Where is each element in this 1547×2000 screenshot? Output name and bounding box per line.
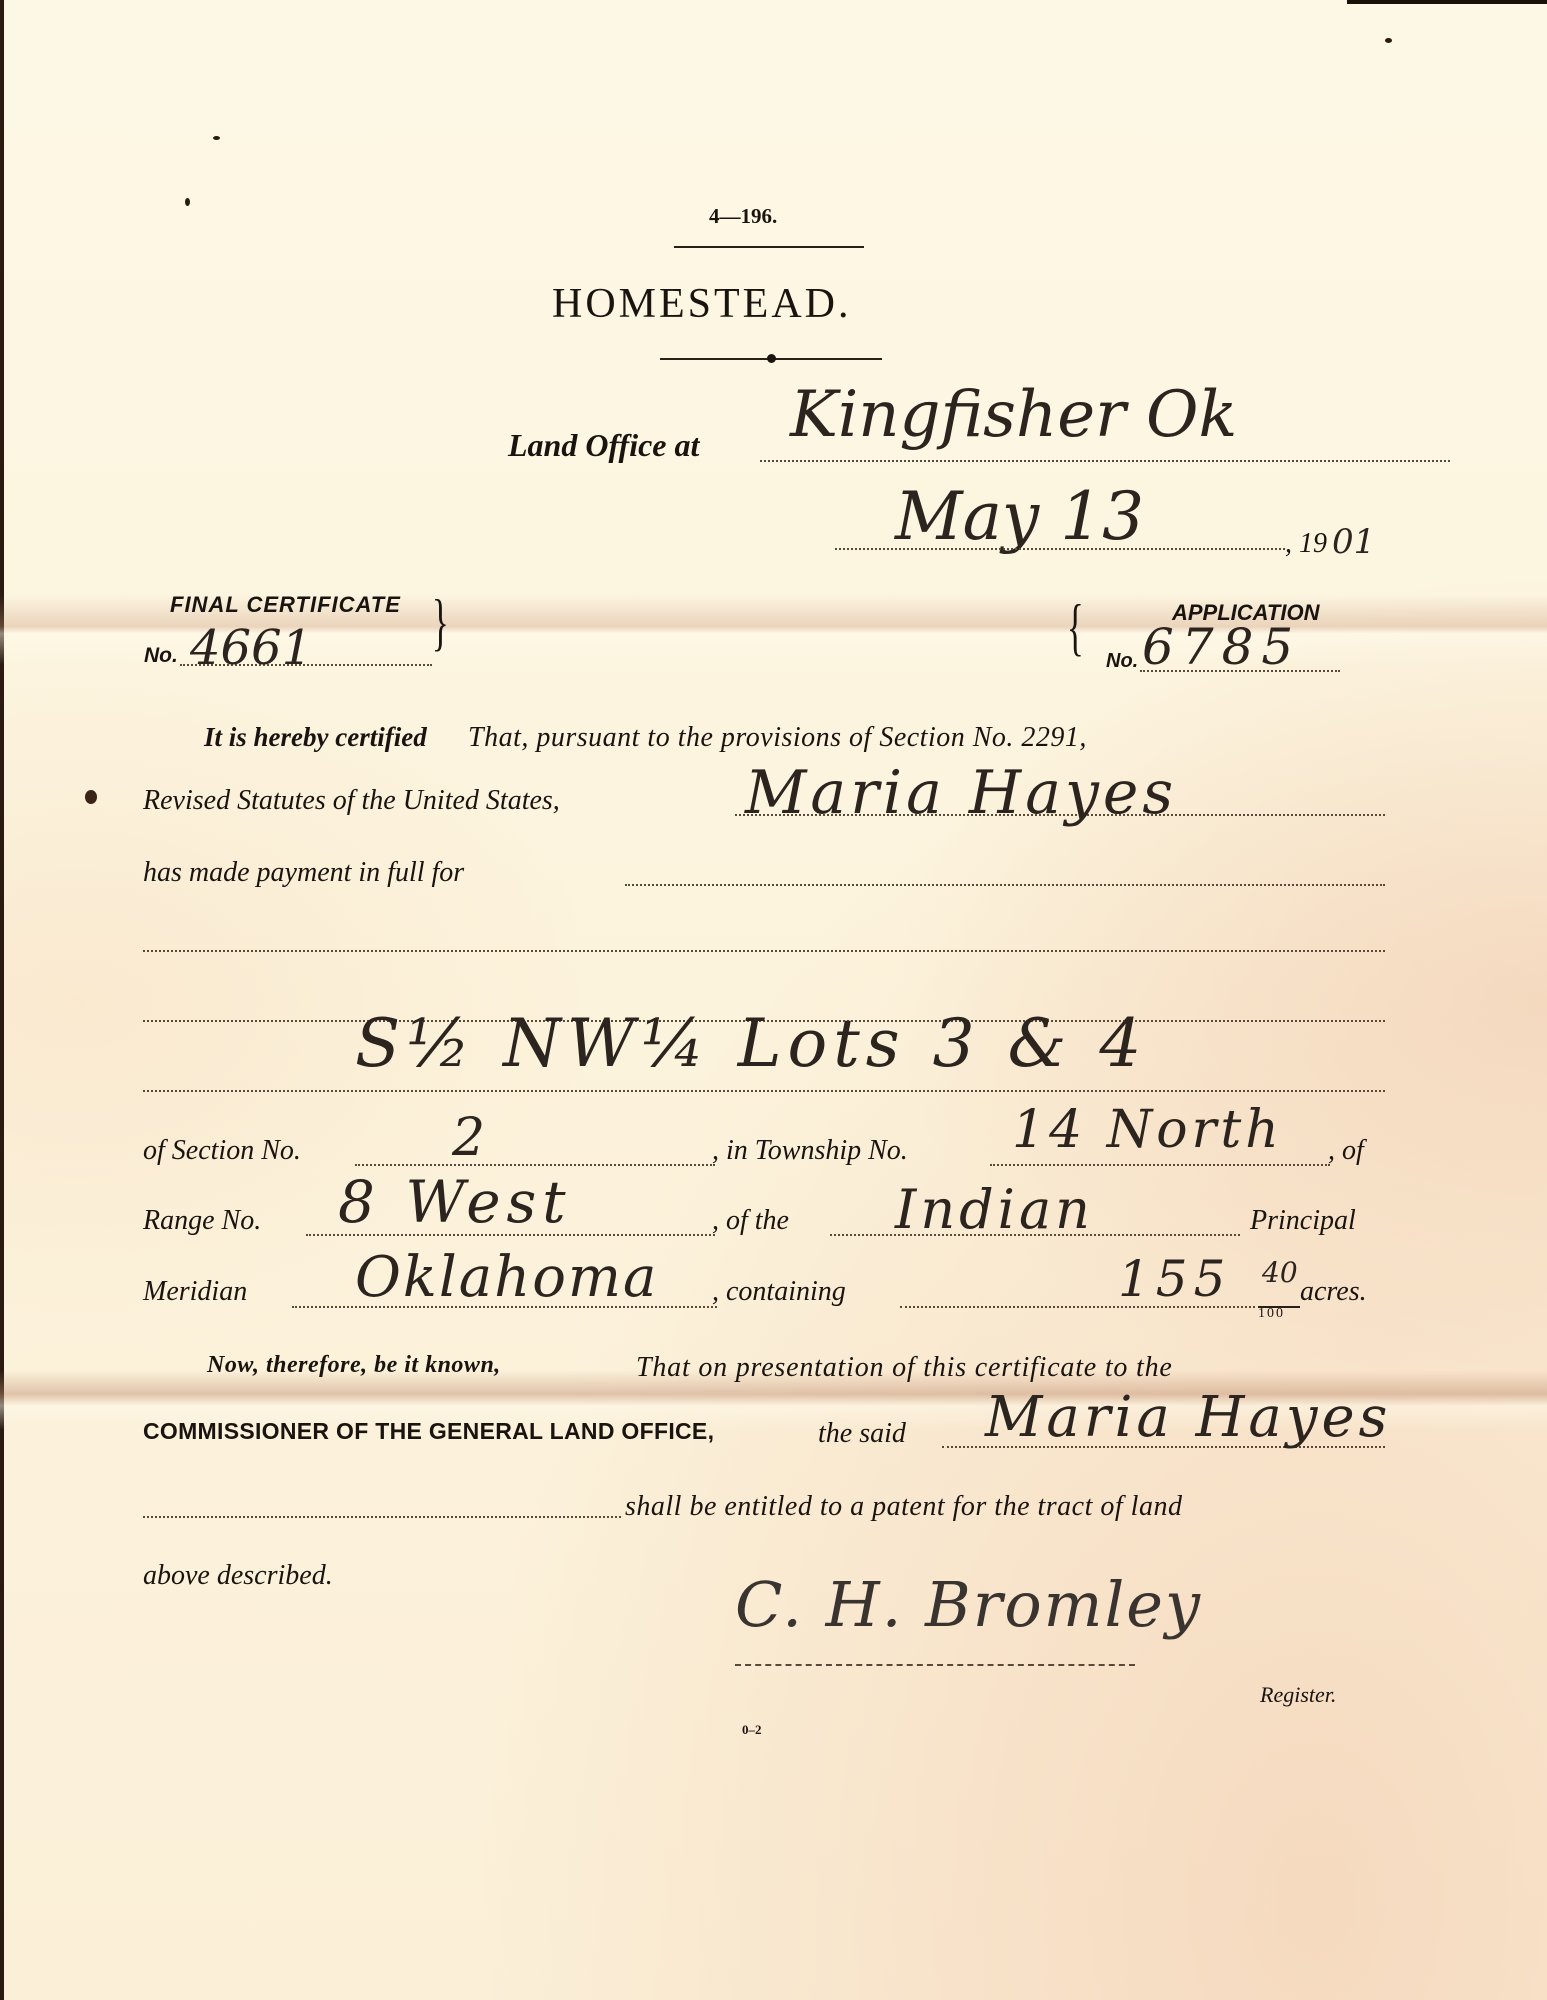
description-line-1 — [143, 950, 1385, 952]
section-value: 2 — [452, 1108, 485, 1168]
section-line — [355, 1164, 715, 1166]
principal-label: Principal — [1250, 1205, 1356, 1237]
final-certificate-no-label: No. — [144, 644, 178, 668]
date-line — [835, 548, 1285, 550]
claimant-name: Maria Hayes — [745, 758, 1177, 828]
left-brace: { — [1067, 595, 1084, 659]
acres-fraction-numerator: 40 — [1262, 1256, 1298, 1289]
signature-line — [735, 1664, 1135, 1666]
the-said-label: the said — [818, 1418, 906, 1450]
range-value: 8 West — [338, 1168, 572, 1236]
footer-code: 0–2 — [742, 1722, 762, 1738]
conclusion-claimant-name: Maria Hayes — [985, 1385, 1391, 1450]
containing-label: , containing — [712, 1276, 846, 1308]
acres-fraction-denominator: 100 — [1258, 1306, 1285, 1322]
application-no-label: No. — [1106, 650, 1138, 673]
conclusion-text1: That on presentation of this certificate… — [636, 1352, 1173, 1384]
scan-edge-left — [0, 0, 4, 2000]
commissioner-label: COMMISSIONER OF THE GENERAL LAND OFFICE, — [143, 1418, 714, 1445]
register-signature: C. H. Bromley — [735, 1568, 1202, 1641]
range-label: Range No. — [143, 1205, 261, 1237]
certification-lead: It is hereby certified — [204, 722, 427, 753]
meridian-value: Oklahoma — [355, 1245, 658, 1310]
township-value: 14 North — [1012, 1100, 1283, 1160]
ink-speck — [1385, 38, 1392, 43]
final-certificate-number: 4661 — [190, 620, 312, 676]
conclusion-text2: shall be entitled to a patent for the tr… — [625, 1491, 1182, 1523]
township-label: , in Township No. — [712, 1135, 908, 1167]
form-number: 4—196. — [709, 204, 777, 229]
of-the-label: , of the — [712, 1205, 789, 1237]
conclusion-text3: above described. — [143, 1560, 333, 1592]
date-month-day: May 13 — [895, 478, 1144, 555]
principal-value: Indian — [895, 1178, 1094, 1241]
register-title: Register. — [1260, 1682, 1336, 1708]
application-number: 6785 — [1142, 618, 1301, 676]
section-label: of Section No. — [143, 1135, 301, 1167]
ink-speck — [213, 136, 220, 140]
ink-speck — [185, 198, 190, 206]
land-description: S½ NW¼ Lots 3 & 4 — [355, 1005, 1147, 1082]
certification-text2: Revised Statutes of the United States, — [143, 785, 560, 817]
certification-text3: has made payment in full for — [143, 857, 464, 889]
description-line-3 — [143, 1090, 1385, 1092]
year-prefix: , 19 — [1285, 528, 1327, 560]
township-line — [990, 1164, 1330, 1166]
title-rule-dot — [767, 354, 776, 363]
year-suffix: 01 — [1332, 522, 1375, 562]
header-rule — [674, 246, 864, 248]
ink-blot — [85, 790, 97, 804]
acres-whole: 155 — [1118, 1250, 1231, 1308]
land-office-line — [760, 460, 1450, 462]
acres-label: acres. — [1300, 1276, 1367, 1308]
entitled-line — [143, 1516, 621, 1518]
conclusion-lead: Now, therefore, be it known, — [207, 1352, 501, 1379]
right-brace: } — [432, 590, 449, 654]
document-title: HOMESTEAD. — [552, 280, 852, 328]
certification-text1: That, pursuant to the provisions of Sect… — [468, 722, 1087, 754]
scan-edge-top — [1347, 0, 1547, 4]
final-certificate-label: FINAL CERTIFICATE — [170, 592, 401, 618]
payment-line — [625, 884, 1385, 886]
land-office-label: Land Office at — [508, 427, 699, 464]
land-office-location: Kingfisher Ok — [790, 378, 1237, 452]
meridian-label: Meridian — [143, 1276, 247, 1308]
township-of-label: , of — [1328, 1135, 1364, 1167]
